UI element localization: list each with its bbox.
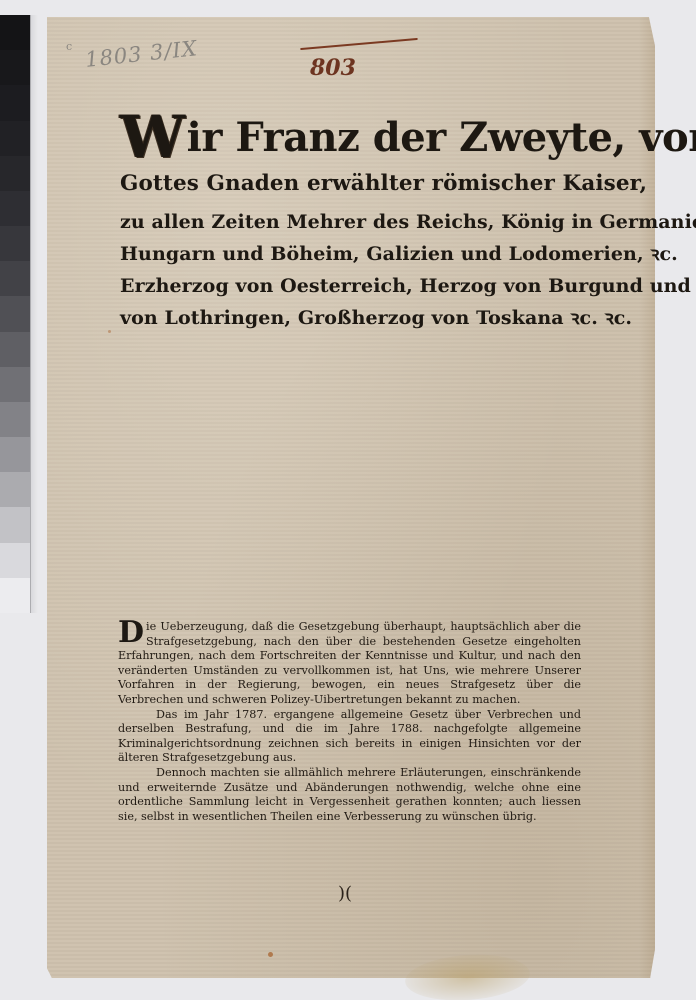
grey-step [0, 472, 30, 507]
title-subline: zu allen Zeiten Mehrer des Reichs, König… [120, 206, 585, 238]
title-line: W ir Franz der Zweyte, von [120, 112, 585, 162]
title-text: ir Franz der Zweyte, von [187, 114, 696, 162]
paragraph-1: D ie Ueberzeugung, daß die Gesetzgebung … [118, 620, 581, 708]
paragraph-2: Das im Jahr 1787. ergangene allgemeine G… [118, 708, 581, 766]
grey-step [0, 402, 30, 437]
grey-step [0, 156, 30, 191]
corner-pencil-mark: c [66, 40, 72, 53]
grey-step [0, 261, 30, 296]
foxing-spot [268, 952, 273, 957]
grey-step [0, 332, 30, 367]
decree-preamble: D ie Ueberzeugung, daß die Gesetzgebung … [118, 620, 581, 824]
title-subline: Erzherzog von Oesterreich, Herzog von Bu… [120, 270, 585, 302]
title-subline: Gottes Gnaden erwählter römischer Kaiser… [120, 162, 585, 206]
paragraph-text: ie Ueberzeugung, daß die Gesetzgebung üb… [118, 620, 581, 706]
grey-step [0, 437, 30, 472]
decree-title-block: W ir Franz der Zweyte, von Gottes Gnaden… [120, 112, 585, 334]
grey-step [0, 367, 30, 402]
decorated-initial-w: W [120, 112, 185, 162]
strip-shadow [30, 15, 38, 613]
title-subline: von Lothringen, Großherzog von Toskana ꝛ… [120, 302, 585, 334]
grey-step [0, 191, 30, 226]
ink-number-annotation: 803 [310, 55, 356, 81]
closing-ornament: )( [338, 883, 352, 904]
grey-step [0, 121, 30, 156]
grey-step [0, 50, 30, 85]
title-subline: Hungarn und Böheim, Galizien und Lodomer… [120, 238, 585, 270]
grey-step [0, 15, 30, 50]
grey-step [0, 85, 30, 120]
grey-step [0, 543, 30, 578]
grey-scale-calibration-strip [0, 15, 31, 613]
grey-step [0, 296, 30, 331]
grey-step [0, 226, 30, 261]
foxing-spot [108, 330, 111, 333]
decorated-initial-d: D [118, 620, 144, 646]
grey-step [0, 507, 30, 542]
grey-step [0, 578, 30, 613]
paragraph-3: Dennoch machten sie allmählich mehrere E… [118, 766, 581, 824]
